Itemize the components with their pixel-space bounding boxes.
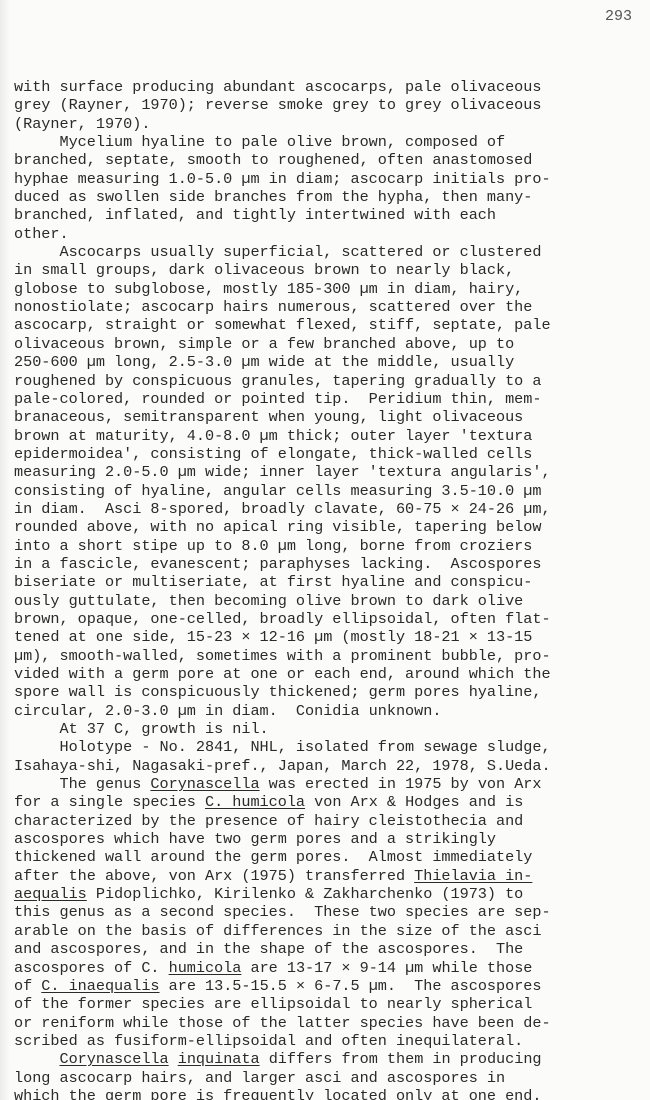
- underlined-taxon-name: humicola: [169, 959, 242, 977]
- text-line: branaceous, semitransparent when young, …: [14, 408, 646, 426]
- scan-margin-shadow: [0, 0, 10, 1100]
- text-line: branched, septate, smooth to roughened, …: [14, 151, 646, 169]
- text-line: duced as swollen side branches from the …: [14, 188, 646, 206]
- text-run: circular, 2.0-3.0 µm in diam. Conidia un…: [14, 702, 441, 720]
- text-run: of the former species are ellipsoidal to…: [14, 995, 532, 1013]
- text-run: after the above, von Arx (1975) transfer…: [14, 867, 414, 885]
- text-run: in diam. Asci 8-spored, broadly clavate,…: [14, 500, 551, 518]
- text-run: scribed as fusiform-ellipsoidal and ofte…: [14, 1032, 523, 1050]
- underlined-taxon-name: Corynascella: [150, 775, 259, 793]
- text-run: characterized by the presence of hairy c…: [14, 812, 523, 830]
- text-run: long ascocarp hairs, and larger asci and…: [14, 1069, 505, 1087]
- text-run: [14, 1050, 59, 1068]
- text-line: characterized by the presence of hairy c…: [14, 812, 646, 830]
- text-run: olivaceous brown, simple or a few branch…: [14, 335, 514, 353]
- text-run: consisting of hyaline, angular cells mea…: [14, 482, 541, 500]
- text-line: of C. inaequalis are 13.5-15.5 × 6-7.5 µ…: [14, 977, 646, 995]
- text-line: after the above, von Arx (1975) transfer…: [14, 867, 646, 885]
- text-run: duced as swollen side branches from the …: [14, 188, 532, 206]
- text-line: ascocarp, straight or somewhat flexed, s…: [14, 316, 646, 334]
- text-line: arable on the basis of differences in th…: [14, 922, 646, 940]
- text-line: Holotype - No. 2841, NHL, isolated from …: [14, 738, 646, 756]
- text-run: Pidoplichko, Kirilenko & Zakharchenko (1…: [87, 885, 524, 903]
- text-line: olivaceous brown, simple or a few branch…: [14, 335, 646, 353]
- underlined-taxon-name: Corynascella: [59, 1050, 168, 1068]
- text-run: Mycelium hyaline to pale olive brown, co…: [14, 133, 505, 151]
- text-run: branched, septate, smooth to roughened, …: [14, 151, 532, 169]
- text-run: tened at one side, 15-23 × 12-16 µm (mos…: [14, 628, 532, 646]
- text-run: grey (Rayner, 1970); reverse smoke grey …: [14, 96, 541, 114]
- text-run: µm), smooth-walled, sometimes with a pro…: [14, 647, 551, 665]
- text-run: which the germ pore is frequently locate…: [14, 1087, 541, 1100]
- text-line: circular, 2.0-3.0 µm in diam. Conidia un…: [14, 702, 646, 720]
- text-line: in diam. Asci 8-spored, broadly clavate,…: [14, 500, 646, 518]
- text-line: hyphae measuring 1.0-5.0 µm in diam; asc…: [14, 170, 646, 188]
- text-line: long ascocarp hairs, and larger asci and…: [14, 1069, 646, 1087]
- text-run: in small groups, dark olivaceous brown t…: [14, 261, 514, 279]
- text-line: other.: [14, 225, 646, 243]
- text-run: thickened wall around the germ pores. Al…: [14, 848, 532, 866]
- text-run: for a single species: [14, 793, 205, 811]
- text-line: with surface producing abundant ascocarp…: [14, 78, 646, 96]
- text-line: Isahaya-shi, Nagasaki-pref., Japan, Marc…: [14, 757, 646, 775]
- text-line: which the germ pore is frequently locate…: [14, 1087, 646, 1100]
- text-run: ascospores which have two germ pores and…: [14, 830, 496, 848]
- text-line: µm), smooth-walled, sometimes with a pro…: [14, 647, 646, 665]
- text-run: ascocarp, straight or somewhat flexed, s…: [14, 316, 551, 334]
- text-line: measuring 2.0-5.0 µm wide; inner layer '…: [14, 463, 646, 481]
- text-line: in a fascicle, evanescent; paraphyses la…: [14, 555, 646, 573]
- text-line: consisting of hyaline, angular cells mea…: [14, 482, 646, 500]
- text-run: this genus as a second species. These tw…: [14, 903, 551, 921]
- text-run: differs from them in producing: [260, 1050, 542, 1068]
- text-run: hyphae measuring 1.0-5.0 µm in diam; asc…: [14, 170, 551, 188]
- text-line: Ascocarps usually superficial, scattered…: [14, 243, 646, 261]
- text-line: nonostiolate; ascocarp hairs numerous, s…: [14, 298, 646, 316]
- text-line: ascospores which have two germ pores and…: [14, 830, 646, 848]
- text-run: measuring 2.0-5.0 µm wide; inner layer '…: [14, 463, 551, 481]
- text-run: in a fascicle, evanescent; paraphyses la…: [14, 555, 541, 573]
- text-line: of the former species are ellipsoidal to…: [14, 995, 646, 1013]
- underlined-taxon-name: C. humicola: [205, 793, 305, 811]
- text-run: or reniform while those of the latter sp…: [14, 1014, 551, 1032]
- text-line: or reniform while those of the latter sp…: [14, 1014, 646, 1032]
- text-run: [169, 1050, 178, 1068]
- text-line: rounded above, with no apical ring visib…: [14, 518, 646, 536]
- text-line: roughened by conspicuous granules, taper…: [14, 372, 646, 390]
- body-text: with surface producing abundant ascocarp…: [14, 78, 646, 1100]
- text-run: of: [14, 977, 41, 995]
- text-line: Corynascella inquinata differs from them…: [14, 1050, 646, 1068]
- underlined-taxon-name: aequalis: [14, 885, 87, 903]
- underlined-taxon-name: C. inaequalis: [41, 977, 159, 995]
- text-run: with surface producing abundant ascocarp…: [14, 78, 541, 96]
- text-run: epidermoidea', consisting of elongate, t…: [14, 445, 532, 463]
- text-line: thickened wall around the germ pores. Al…: [14, 848, 646, 866]
- text-run: rounded above, with no apical ring visib…: [14, 518, 541, 536]
- text-run: and ascospores, and in the shape of the …: [14, 940, 523, 958]
- text-run: globose to subglobose, mostly 185-300 µm…: [14, 280, 523, 298]
- text-line: biseriate or multiseriate, at first hyal…: [14, 573, 646, 591]
- text-run: spore wall is conspicuously thickened; g…: [14, 683, 541, 701]
- text-run: are 13-17 × 9-14 µm while those: [241, 959, 532, 977]
- underlined-taxon-name: Thielavia in-: [414, 867, 532, 885]
- text-run: nonostiolate; ascocarp hairs numerous, s…: [14, 298, 532, 316]
- text-run: 250-600 µm long, 2.5-3.0 µm wide at the …: [14, 353, 514, 371]
- text-line: brown, opaque, one-celled, broadly ellip…: [14, 610, 646, 628]
- text-line: (Rayner, 1970).: [14, 115, 646, 133]
- text-line: scribed as fusiform-ellipsoidal and ofte…: [14, 1032, 646, 1050]
- text-run: Isahaya-shi, Nagasaki-pref., Japan, Marc…: [14, 757, 551, 775]
- text-line: branched, inflated, and tightly intertwi…: [14, 206, 646, 224]
- text-line: 250-600 µm long, 2.5-3.0 µm wide at the …: [14, 353, 646, 371]
- text-line: vided with a germ pore at one or each en…: [14, 665, 646, 683]
- text-line: The genus Corynascella was erected in 19…: [14, 775, 646, 793]
- text-run: brown, opaque, one-celled, broadly ellip…: [14, 610, 551, 628]
- text-run: The genus: [14, 775, 150, 793]
- text-line: spore wall is conspicuously thickened; g…: [14, 683, 646, 701]
- text-run: ously guttulate, then becoming olive bro…: [14, 592, 523, 610]
- text-line: pale-colored, rounded or pointed tip. Pe…: [14, 390, 646, 408]
- text-run: are 13.5-15.5 × 6-7.5 µm. The ascospores: [160, 977, 542, 995]
- text-line: grey (Rayner, 1970); reverse smoke grey …: [14, 96, 646, 114]
- text-line: Mycelium hyaline to pale olive brown, co…: [14, 133, 646, 151]
- text-line: for a single species C. humicola von Arx…: [14, 793, 646, 811]
- text-line: and ascospores, and in the shape of the …: [14, 940, 646, 958]
- text-line: in small groups, dark olivaceous brown t…: [14, 261, 646, 279]
- text-run: vided with a germ pore at one or each en…: [14, 665, 551, 683]
- text-run: was erected in 1975 by von Arx: [260, 775, 542, 793]
- text-run: Holotype - No. 2841, NHL, isolated from …: [14, 738, 551, 756]
- text-run: brown at maturity, 4.0-8.0 µm thick; out…: [14, 427, 532, 445]
- text-run: Ascocarps usually superficial, scattered…: [14, 243, 541, 261]
- text-run: At 37 C, growth is nil.: [14, 720, 269, 738]
- text-run: into a short stipe up to 8.0 µm long, bo…: [14, 537, 532, 555]
- text-line: this genus as a second species. These tw…: [14, 903, 646, 921]
- text-run: ascospores of C.: [14, 959, 169, 977]
- text-line: ascospores of C. humicola are 13-17 × 9-…: [14, 959, 646, 977]
- text-line: globose to subglobose, mostly 185-300 µm…: [14, 280, 646, 298]
- text-run: other.: [14, 225, 69, 243]
- text-line: aequalis Pidoplichko, Kirilenko & Zakhar…: [14, 885, 646, 903]
- text-run: branaceous, semitransparent when young, …: [14, 408, 523, 426]
- text-line: into a short stipe up to 8.0 µm long, bo…: [14, 537, 646, 555]
- text-run: roughened by conspicuous granules, taper…: [14, 372, 541, 390]
- page-number: 293: [605, 8, 632, 25]
- text-run: biseriate or multiseriate, at first hyal…: [14, 573, 532, 591]
- text-run: pale-colored, rounded or pointed tip. Pe…: [14, 390, 541, 408]
- text-run: branched, inflated, and tightly intertwi…: [14, 206, 496, 224]
- text-run: (Rayner, 1970).: [14, 115, 150, 133]
- text-line: At 37 C, growth is nil.: [14, 720, 646, 738]
- text-line: tened at one side, 15-23 × 12-16 µm (mos…: [14, 628, 646, 646]
- text-line: brown at maturity, 4.0-8.0 µm thick; out…: [14, 427, 646, 445]
- text-line: ously guttulate, then becoming olive bro…: [14, 592, 646, 610]
- text-line: epidermoidea', consisting of elongate, t…: [14, 445, 646, 463]
- text-run: arable on the basis of differences in th…: [14, 922, 541, 940]
- text-run: von Arx & Hodges and is: [305, 793, 523, 811]
- underlined-taxon-name: inquinata: [178, 1050, 260, 1068]
